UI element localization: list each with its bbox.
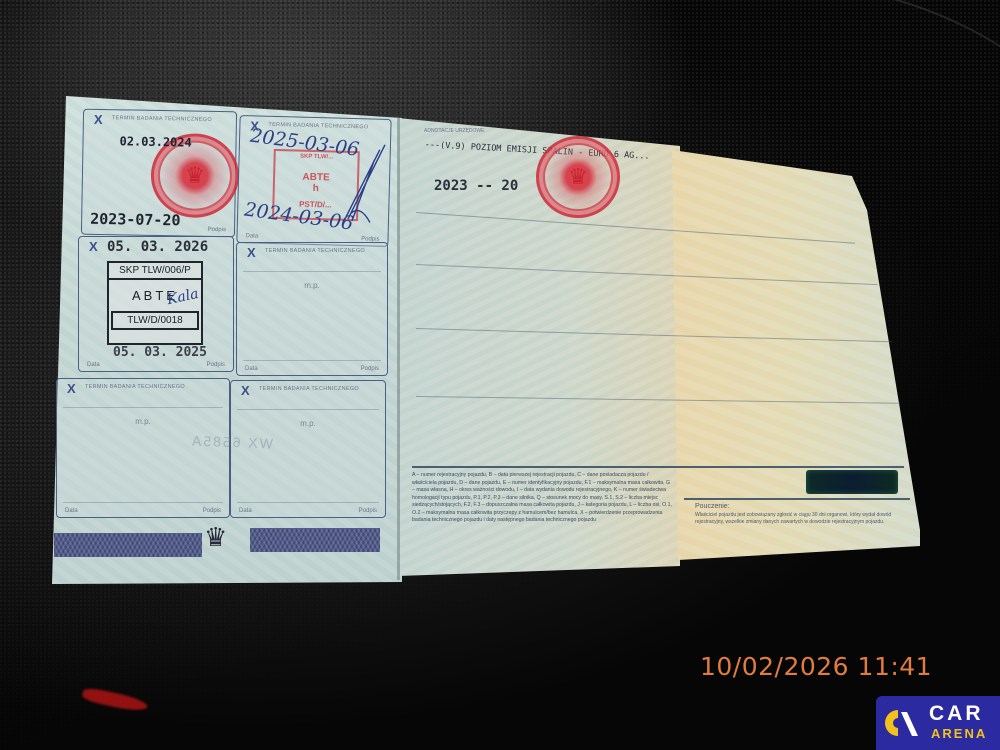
inspection-box-1: X Termin badania technicznego ♛ 02.03.20…	[81, 109, 237, 238]
inspection-box-3: X 05. 03. 2026 SKP TLW/006/P ABTE TLW/D/…	[78, 236, 234, 372]
stamp-line: TLW/D/0018	[111, 311, 199, 330]
inspection-date: 2023-07-20	[90, 210, 181, 230]
podpis-label: Podpis	[359, 508, 377, 514]
stamp-line: SKP TLW/006/P	[109, 263, 201, 280]
annotations-header: Adnotacje urzędowe	[424, 128, 484, 134]
data-label: Data	[245, 366, 258, 372]
divider	[63, 502, 223, 503]
next-inspection-date: 02.03.2024	[119, 134, 191, 149]
x-mark: X	[67, 381, 76, 396]
mp-label: m.p.	[304, 281, 320, 290]
ruled-line	[684, 498, 910, 500]
podpis-label: Podpis	[203, 508, 221, 514]
data-label: Data	[65, 508, 78, 514]
mp-label: m.p.	[300, 419, 316, 428]
data-label: Data	[239, 508, 252, 514]
divider	[237, 409, 379, 410]
logo-text-car: CAR	[929, 702, 984, 726]
next-inspection-date: 05. 03. 2026	[107, 239, 208, 255]
divider	[243, 271, 381, 272]
logo-text-arena: ARENA	[931, 726, 987, 741]
official-seal: ♛	[536, 136, 620, 218]
field-legend: A – numer rejestracyjny pojazdu, B – dat…	[412, 472, 674, 525]
podpis-label: Podpis	[361, 366, 379, 372]
x-mark: X	[247, 245, 256, 260]
mp-label: m.p.	[135, 417, 151, 426]
signature-scribble	[338, 139, 390, 230]
inspection-box-2: X Termin badania technicznego SKP TLW/..…	[236, 115, 391, 247]
pouczenie-text: Właściciel pojazdu jest zobowiązany zgło…	[695, 512, 895, 526]
registration-document: X Termin badania technicznego ♛ 02.03.20…	[0, 0, 1000, 750]
x-mark: X	[89, 239, 98, 254]
inspection-date: 05. 03. 2025	[113, 345, 207, 360]
x-mark: X	[241, 383, 250, 398]
divider	[237, 502, 379, 503]
security-band-right	[250, 528, 380, 552]
box-header: Termin badania technicznego	[265, 248, 365, 254]
ghost-plate-imprint: WX 6585A	[190, 433, 273, 452]
eagle-emblem-icon: ♛	[568, 164, 588, 190]
inspection-box-4: X Termin badania technicznego m.p. Data …	[236, 242, 388, 376]
annotation-date: 2023 -- 20	[434, 178, 518, 194]
photo-timestamp: 10/02/2026 11:41	[700, 652, 932, 681]
car-arena-logo-icon	[884, 708, 920, 738]
box-header: Termin badania technicznego	[85, 384, 185, 390]
car-arena-logo: CAR ARENA	[876, 696, 1000, 750]
podpis-label: Podpis	[207, 362, 225, 368]
hologram-strip	[806, 470, 898, 494]
box-header: Termin badania technicznego	[259, 386, 359, 392]
security-band-left	[54, 533, 202, 557]
box-header: Termin badania technicznego	[112, 115, 212, 123]
ruled-line	[412, 466, 904, 468]
data-label: Data	[87, 362, 100, 368]
podpis-label: Podpis	[208, 227, 226, 233]
pouczenie-title: Pouczenie:	[695, 503, 730, 510]
divider	[63, 407, 223, 408]
divider	[243, 360, 381, 361]
x-mark: X	[94, 112, 103, 127]
data-label: Data	[245, 233, 258, 239]
document-fold	[397, 118, 400, 580]
polish-eagle-icon: ♛	[204, 522, 227, 553]
eagle-emblem-icon: ♛	[185, 162, 205, 188]
